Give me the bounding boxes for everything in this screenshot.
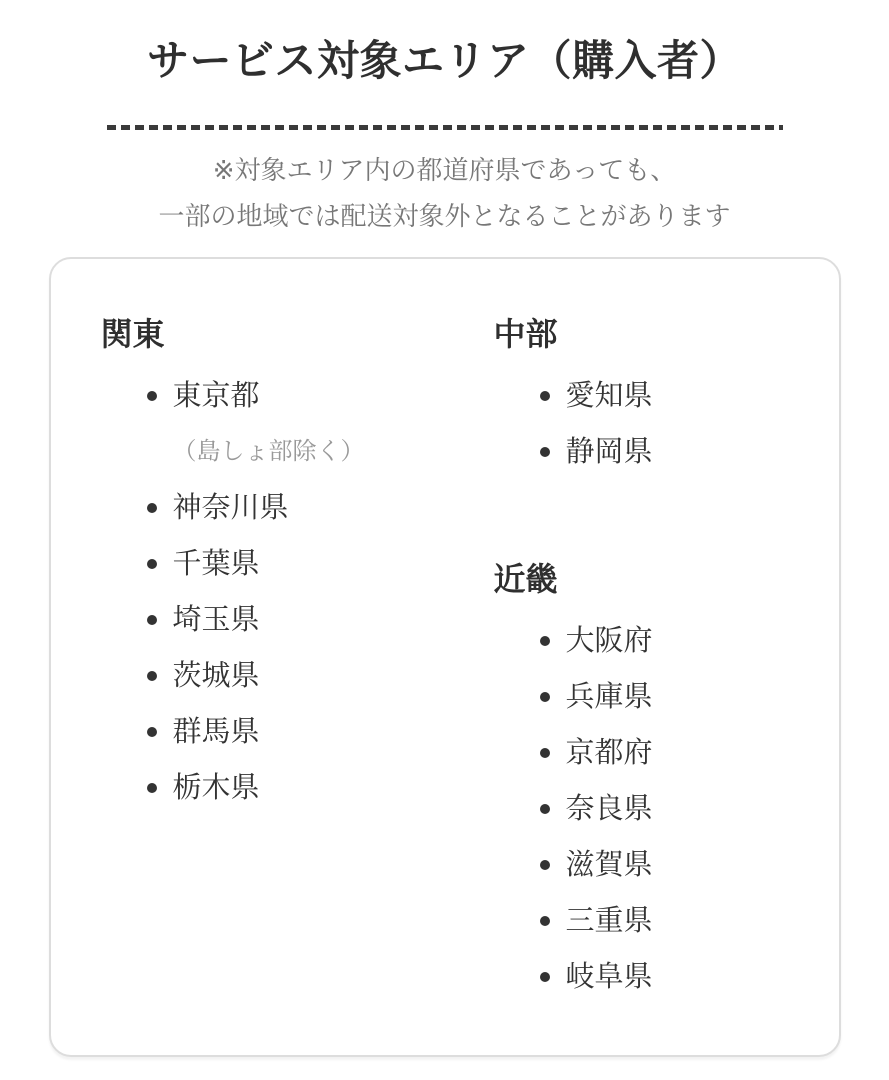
prefecture-label: 愛知県 bbox=[566, 380, 653, 412]
region-group-kinki: 近畿 大阪府 兵庫県 京都府 bbox=[494, 560, 839, 1005]
prefecture-item-saitama: 埼玉県 bbox=[101, 592, 445, 648]
prefecture-item-osaka: 大阪府 bbox=[494, 613, 839, 669]
disclaimer-line-1: ※対象エリア内の都道府県であっても、 bbox=[213, 155, 677, 185]
bullet-icon bbox=[147, 559, 157, 569]
prefecture-label: 茨城県 bbox=[173, 660, 260, 692]
prefecture-label: 神奈川県 bbox=[173, 492, 289, 524]
prefecture-label: 三重県 bbox=[566, 905, 653, 937]
prefecture-item-aichi: 愛知県 bbox=[494, 368, 839, 424]
prefecture-label: 岐阜県 bbox=[566, 961, 653, 993]
prefecture-label: 静岡県 bbox=[566, 436, 653, 468]
prefecture-item-kanagawa: 神奈川県 bbox=[101, 480, 445, 536]
region-heading-kanto: 関東 bbox=[101, 315, 445, 353]
bullet-icon bbox=[540, 916, 550, 926]
disclaimer-note: ※対象エリア内の都道府県であっても、一部の地域では配送対象外となることがあります bbox=[0, 147, 889, 239]
bullet-icon bbox=[540, 692, 550, 702]
prefecture-item-gifu: 岐阜県 bbox=[494, 949, 839, 1005]
bullet-icon bbox=[540, 748, 550, 758]
prefecture-label: 埼玉県 bbox=[173, 604, 260, 636]
prefecture-item-tochigi: 栃木県 bbox=[101, 760, 445, 816]
prefecture-item-kyoto: 京都府 bbox=[494, 725, 839, 781]
prefecture-label: 群馬県 bbox=[173, 716, 260, 748]
bullet-icon bbox=[540, 447, 550, 457]
prefecture-item-ibaraki: 茨城県 bbox=[101, 648, 445, 704]
region-group-chubu: 中部 愛知県 静岡県 bbox=[494, 315, 839, 480]
column-right: 中部 愛知県 静岡県 近畿 大阪府 bbox=[445, 315, 839, 1005]
disclaimer-line-2: 一部の地域では配送対象外となることがあります bbox=[158, 201, 730, 231]
prefecture-item-tokyo: 東京都 （島しょ部除く） bbox=[101, 368, 445, 480]
region-group-kanto: 関東 東京都 （島しょ部除く） 神奈川県 千葉県 bbox=[101, 315, 445, 816]
bullet-icon bbox=[540, 391, 550, 401]
bullet-icon bbox=[540, 636, 550, 646]
region-heading-kinki: 近畿 bbox=[494, 560, 839, 598]
prefecture-list-kanto: 東京都 （島しょ部除く） 神奈川県 千葉県 埼玉県 bbox=[101, 368, 445, 816]
service-area-page: サービス対象エリア（購入者） ※対象エリア内の都道府県であっても、一部の地域では… bbox=[0, 0, 889, 1080]
prefecture-label: 東京都 bbox=[173, 380, 260, 412]
bullet-icon bbox=[540, 860, 550, 870]
bullet-icon bbox=[147, 503, 157, 513]
prefecture-label: 奈良県 bbox=[566, 793, 653, 825]
prefecture-item-mie: 三重県 bbox=[494, 893, 839, 949]
prefecture-item-gunma: 群馬県 bbox=[101, 704, 445, 760]
prefecture-label: 栃木県 bbox=[173, 772, 260, 804]
prefecture-exclusion-note: （島しょ部除く） bbox=[173, 424, 445, 480]
prefecture-item-nara: 奈良県 bbox=[494, 781, 839, 837]
region-heading-chubu: 中部 bbox=[494, 315, 839, 353]
prefecture-label: 千葉県 bbox=[173, 548, 260, 580]
bullet-icon bbox=[147, 391, 157, 401]
prefecture-item-chiba: 千葉県 bbox=[101, 536, 445, 592]
bullet-icon bbox=[147, 727, 157, 737]
prefecture-item-hyogo: 兵庫県 bbox=[494, 669, 839, 725]
prefecture-list-chubu: 愛知県 静岡県 bbox=[494, 368, 839, 480]
bullet-icon bbox=[540, 804, 550, 814]
prefecture-label: 滋賀県 bbox=[566, 849, 653, 881]
bullet-icon bbox=[147, 783, 157, 793]
column-left: 関東 東京都 （島しょ部除く） 神奈川県 千葉県 bbox=[101, 315, 445, 816]
prefecture-list-kinki: 大阪府 兵庫県 京都府 奈良県 bbox=[494, 613, 839, 1005]
prefecture-label: 京都府 bbox=[566, 737, 653, 769]
dashed-divider bbox=[107, 125, 783, 130]
bullet-icon bbox=[540, 972, 550, 982]
page-title: サービス対象エリア（購入者） bbox=[0, 0, 889, 86]
prefecture-label: 大阪府 bbox=[566, 625, 653, 657]
prefecture-label: 兵庫県 bbox=[566, 681, 653, 713]
prefecture-item-shizuoka: 静岡県 bbox=[494, 424, 839, 480]
area-card: 関東 東京都 （島しょ部除く） 神奈川県 千葉県 bbox=[49, 257, 841, 1057]
bullet-icon bbox=[147, 615, 157, 625]
bullet-icon bbox=[147, 671, 157, 681]
prefecture-item-shiga: 滋賀県 bbox=[494, 837, 839, 893]
